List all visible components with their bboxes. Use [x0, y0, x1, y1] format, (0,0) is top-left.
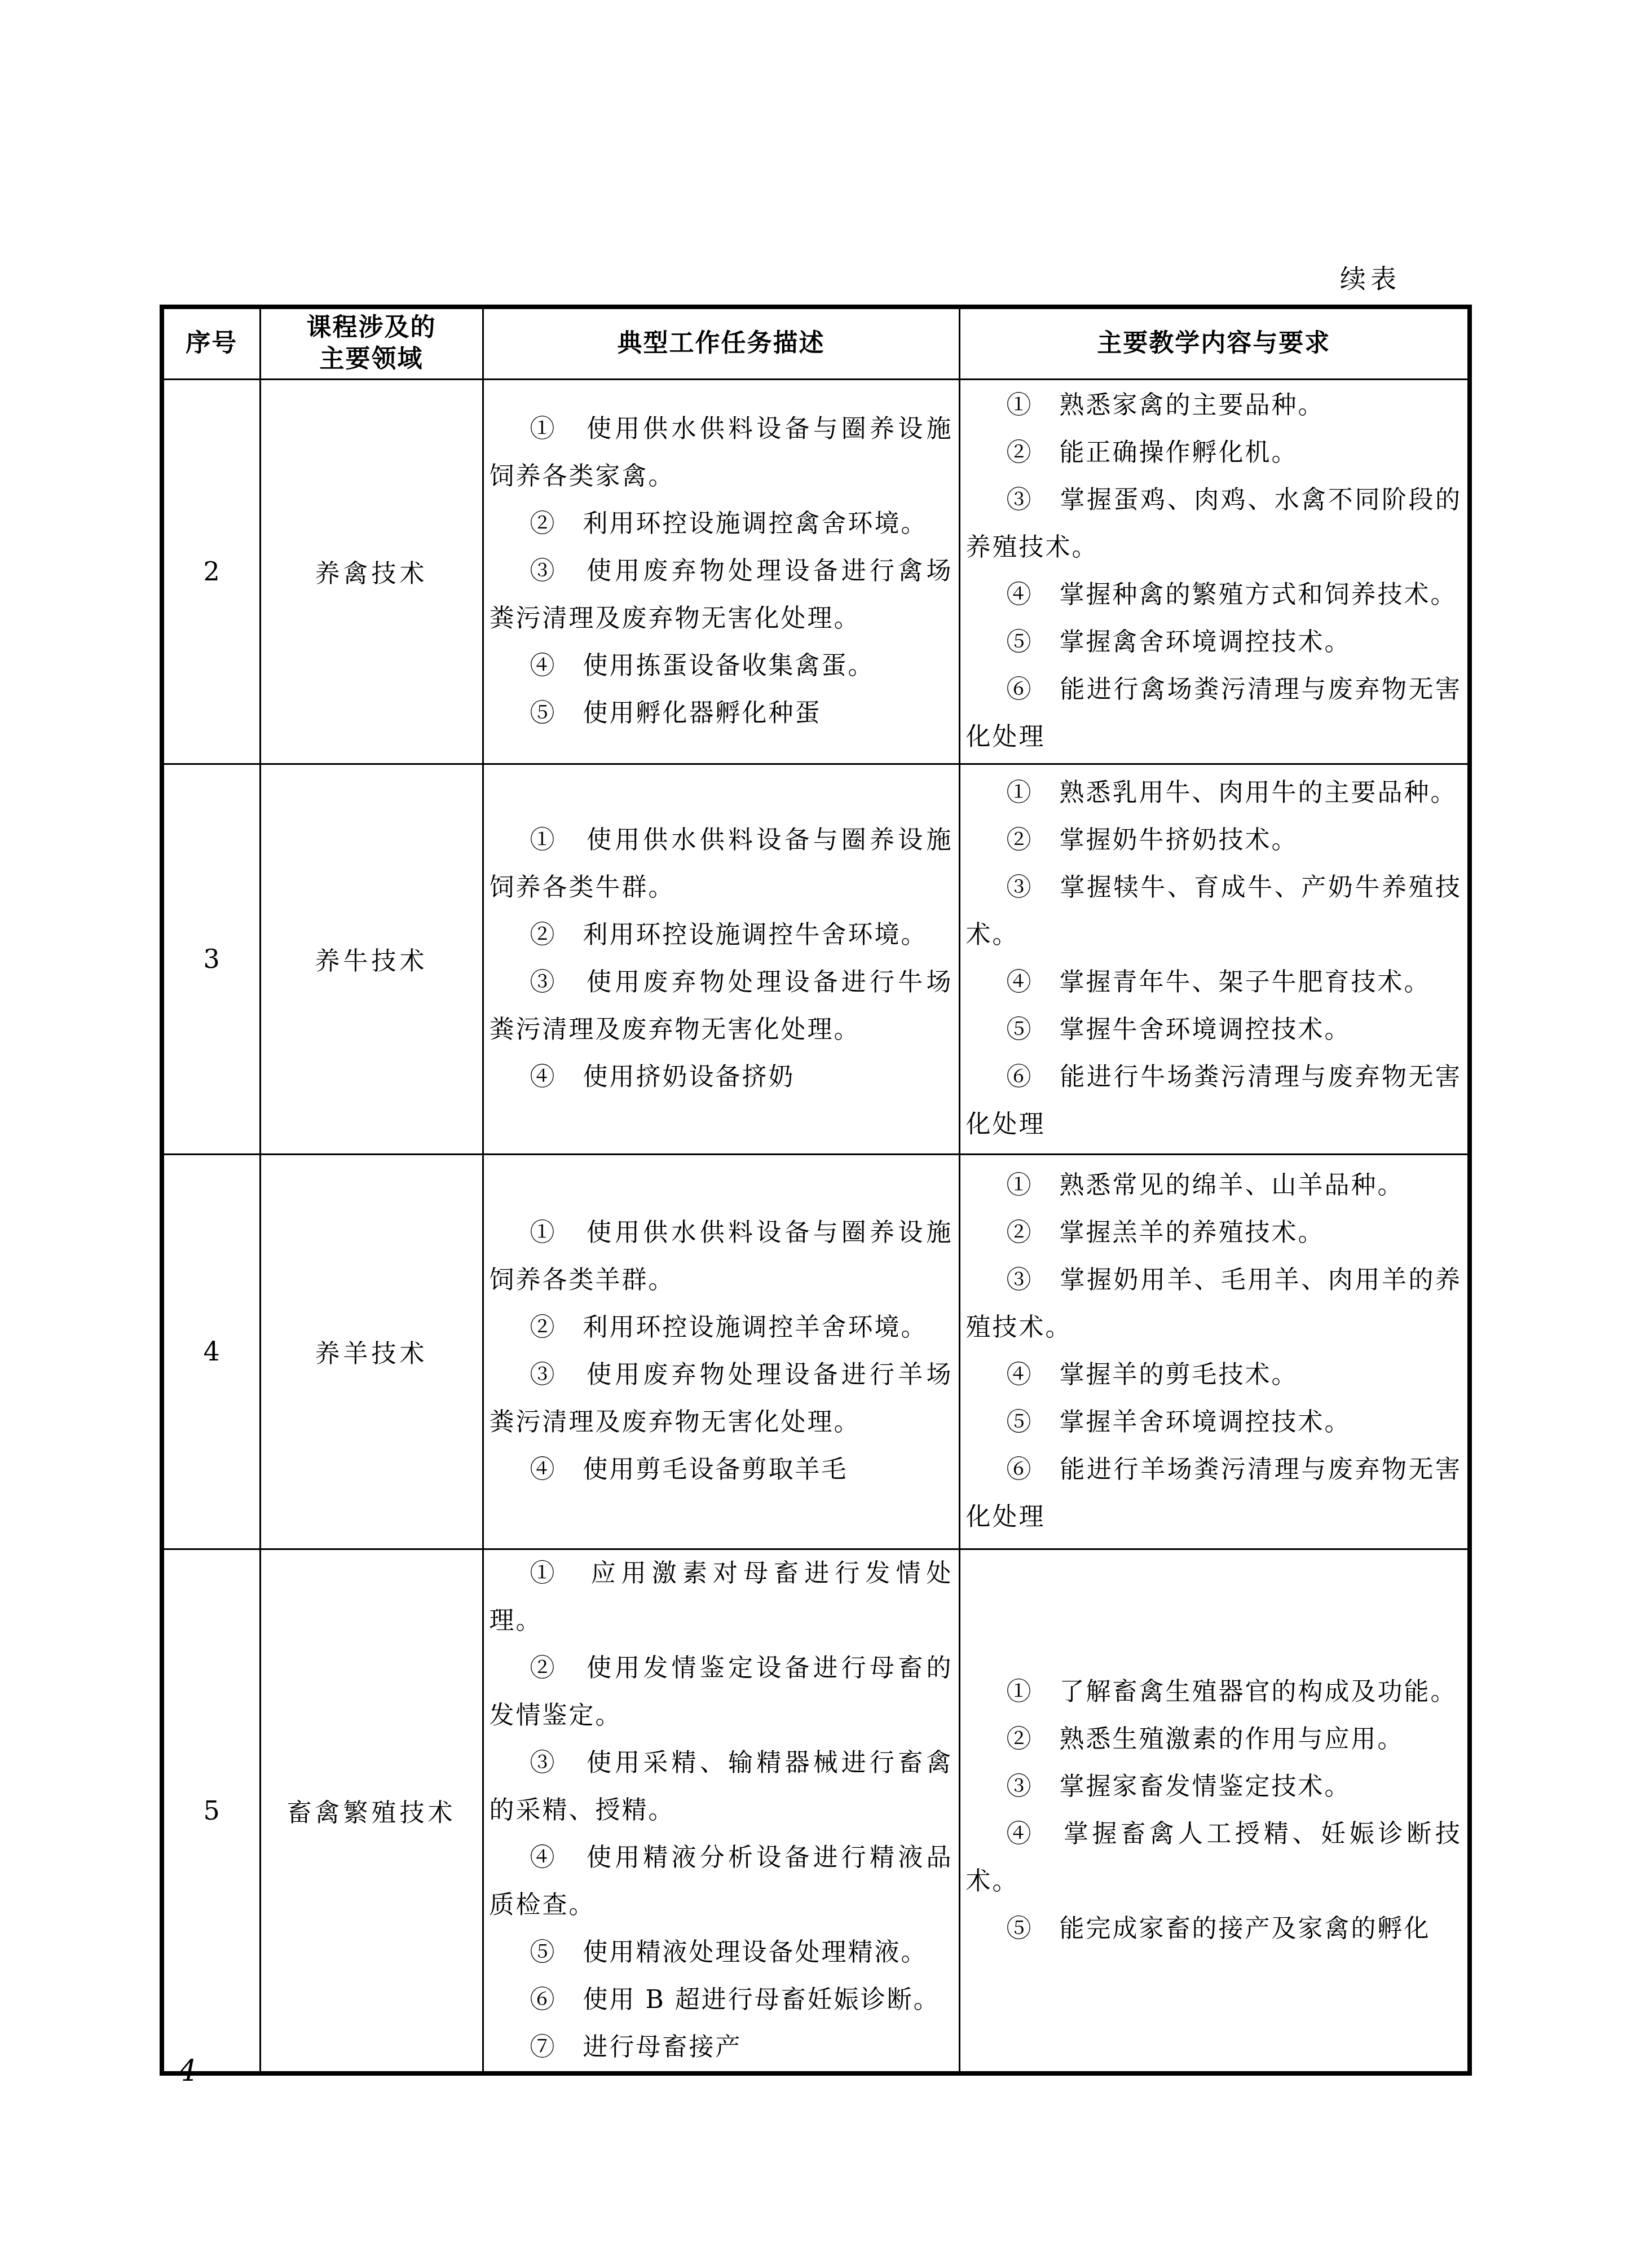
task-item: ② 利用环控设施调控禽舍环境。 [490, 500, 953, 548]
header-teaching-content: 主要教学内容与要求 [959, 307, 1470, 379]
content-item: ④ 掌握畜禽人工授精、妊娠诊断技术。 [966, 1811, 1462, 1905]
content-item: ④ 掌握青年牛、架子牛肥育技术。 [966, 959, 1462, 1006]
task-item: ① 应用激素对母畜进行发情处理。 [490, 1550, 953, 1645]
content-item: ⑤ 能完成家畜的接产及家禽的孵化 [966, 1905, 1462, 1953]
row-contents-cell: ① 熟悉家禽的主要品种。 ② 能正确操作孵化机。 ③ 掌握蛋鸡、肉鸡、水禽不同阶… [959, 379, 1470, 764]
content-item: ③ 掌握犊牛、育成牛、产奶牛养殖技术。 [966, 864, 1462, 959]
task-item: ③ 使用废弃物处理设备进行牛场粪污清理及废弃物无害化处理。 [490, 959, 953, 1054]
task-item: ④ 使用拣蛋设备收集禽蛋。 [490, 642, 953, 690]
task-item: ⑥ 使用 B 超进行母畜妊娠诊断。 [490, 1976, 953, 2024]
page-number: 4 [178, 2054, 197, 2088]
row-number: 4 [162, 1154, 260, 1549]
content-item: ① 了解畜禽生殖器官的构成及功能。 [966, 1668, 1462, 1716]
row-tasks-cell: ① 使用供水供料设备与圈养设施饲养各类牛群。 ② 利用环控设施调控牛舍环境。 ③… [483, 764, 959, 1154]
content-item: ⑥ 能进行禽场粪污清理与废弃物无害化处理 [966, 666, 1462, 761]
task-item: ④ 使用剪毛设备剪取羊毛 [490, 1446, 953, 1494]
task-item: ⑦ 进行母畜接产 [490, 2024, 953, 2071]
task-item: ① 使用供水供料设备与圈养设施饲养各类羊群。 [490, 1209, 953, 1304]
row-tasks-cell: ① 使用供水供料设备与圈养设施饲养各类羊群。 ② 利用环控设施调控羊舍环境。 ③… [483, 1154, 959, 1549]
table-header-row: 序号 课程涉及的 主要领域 典型工作任务描述 主要教学内容与要求 [162, 307, 1470, 379]
row-number: 2 [162, 379, 260, 764]
continued-table-label: 续表 [1340, 258, 1401, 296]
task-item: ① 使用供水供料设备与圈养设施饲养各类家禽。 [490, 406, 953, 500]
content-item: ① 熟悉常见的绵羊、山羊品种。 [966, 1162, 1462, 1209]
row-area: 畜禽繁殖技术 [260, 1549, 483, 2073]
content-item: ② 掌握奶牛挤奶技术。 [966, 817, 1462, 864]
row-tasks-cell: ① 使用供水供料设备与圈养设施饲养各类家禽。 ② 利用环控设施调控禽舍环境。 ③… [483, 379, 959, 764]
row-number: 3 [162, 764, 260, 1154]
row-area: 养牛技术 [260, 764, 483, 1154]
row-area: 养羊技术 [260, 1154, 483, 1549]
row-contents-cell: ① 了解畜禽生殖器官的构成及功能。 ② 熟悉生殖激素的作用与应用。 ③ 掌握家畜… [959, 1549, 1470, 2073]
table-row: 5 畜禽繁殖技术 ① 应用激素对母畜进行发情处理。 ② 使用发情鉴定设备进行母畜… [162, 1549, 1470, 2073]
task-item: ① 使用供水供料设备与圈养设施饲养各类牛群。 [490, 817, 953, 911]
content-item: ① 熟悉家禽的主要品种。 [966, 382, 1462, 429]
row-number: 5 [162, 1549, 260, 2073]
content-item: ⑤ 掌握牛舍环境调控技术。 [966, 1006, 1462, 1054]
content-item: ② 掌握羔羊的养殖技术。 [966, 1209, 1462, 1257]
curriculum-table: 序号 课程涉及的 主要领域 典型工作任务描述 主要教学内容与要求 2 养禽技术 … [160, 305, 1472, 2076]
task-item: ⑤ 使用孵化器孵化种蛋 [490, 690, 953, 737]
content-item: ⑤ 掌握羊舍环境调控技术。 [966, 1399, 1462, 1446]
content-item: ③ 掌握蛋鸡、肉鸡、水禽不同阶段的养殖技术。 [966, 477, 1462, 571]
content-item: ① 熟悉乳用牛、肉用牛的主要品种。 [966, 769, 1462, 817]
content-item: ③ 掌握奶用羊、毛用羊、肉用羊的养殖技术。 [966, 1257, 1462, 1351]
task-item: ④ 使用精液分析设备进行精液品质检查。 [490, 1834, 953, 1929]
row-area: 养禽技术 [260, 379, 483, 764]
content-item: ⑤ 掌握禽舍环境调控技术。 [966, 619, 1462, 666]
task-item: ③ 使用废弃物处理设备进行禽场粪污清理及废弃物无害化处理。 [490, 548, 953, 642]
content-item: ⑥ 能进行牛场粪污清理与废弃物无害化处理 [966, 1054, 1462, 1148]
task-item: ④ 使用挤奶设备挤奶 [490, 1054, 953, 1101]
content-item: ④ 掌握羊的剪毛技术。 [966, 1351, 1462, 1399]
header-course-area: 课程涉及的 主要领域 [260, 307, 483, 379]
row-contents-cell: ① 熟悉常见的绵羊、山羊品种。 ② 掌握羔羊的养殖技术。 ③ 掌握奶用羊、毛用羊… [959, 1154, 1470, 1549]
content-item: ③ 掌握家畜发情鉴定技术。 [966, 1763, 1462, 1811]
content-item: ⑥ 能进行羊场粪污清理与废弃物无害化处理 [966, 1446, 1462, 1541]
task-item: ② 利用环控设施调控牛舍环境。 [490, 911, 953, 959]
task-item: ③ 使用废弃物处理设备进行羊场粪污清理及废弃物无害化处理。 [490, 1351, 953, 1446]
task-item: ② 利用环控设施调控羊舍环境。 [490, 1304, 953, 1351]
table-row: 4 养羊技术 ① 使用供水供料设备与圈养设施饲养各类羊群。 ② 利用环控设施调控… [162, 1154, 1470, 1549]
header-course-area-line1: 课程涉及的 [261, 312, 482, 343]
content-item: ④ 掌握种禽的繁殖方式和饲养技术。 [966, 571, 1462, 619]
task-item: ⑤ 使用精液处理设备处理精液。 [490, 1929, 953, 1976]
row-tasks-cell: ① 应用激素对母畜进行发情处理。 ② 使用发情鉴定设备进行母畜的发情鉴定。 ③ … [483, 1549, 959, 2073]
header-typical-tasks: 典型工作任务描述 [483, 307, 959, 379]
task-item: ③ 使用采精、输精器械进行畜禽的采精、授精。 [490, 1739, 953, 1834]
row-contents-cell: ① 熟悉乳用牛、肉用牛的主要品种。 ② 掌握奶牛挤奶技术。 ③ 掌握犊牛、育成牛… [959, 764, 1470, 1154]
task-item: ② 使用发情鉴定设备进行母畜的发情鉴定。 [490, 1645, 953, 1739]
content-item: ② 熟悉生殖激素的作用与应用。 [966, 1716, 1462, 1763]
header-serial-number: 序号 [162, 307, 260, 379]
table-row: 3 养牛技术 ① 使用供水供料设备与圈养设施饲养各类牛群。 ② 利用环控设施调控… [162, 764, 1470, 1154]
content-item: ② 能正确操作孵化机。 [966, 429, 1462, 477]
header-course-area-line2: 主要领域 [261, 343, 482, 375]
table-row: 2 养禽技术 ① 使用供水供料设备与圈养设施饲养各类家禽。 ② 利用环控设施调控… [162, 379, 1470, 764]
